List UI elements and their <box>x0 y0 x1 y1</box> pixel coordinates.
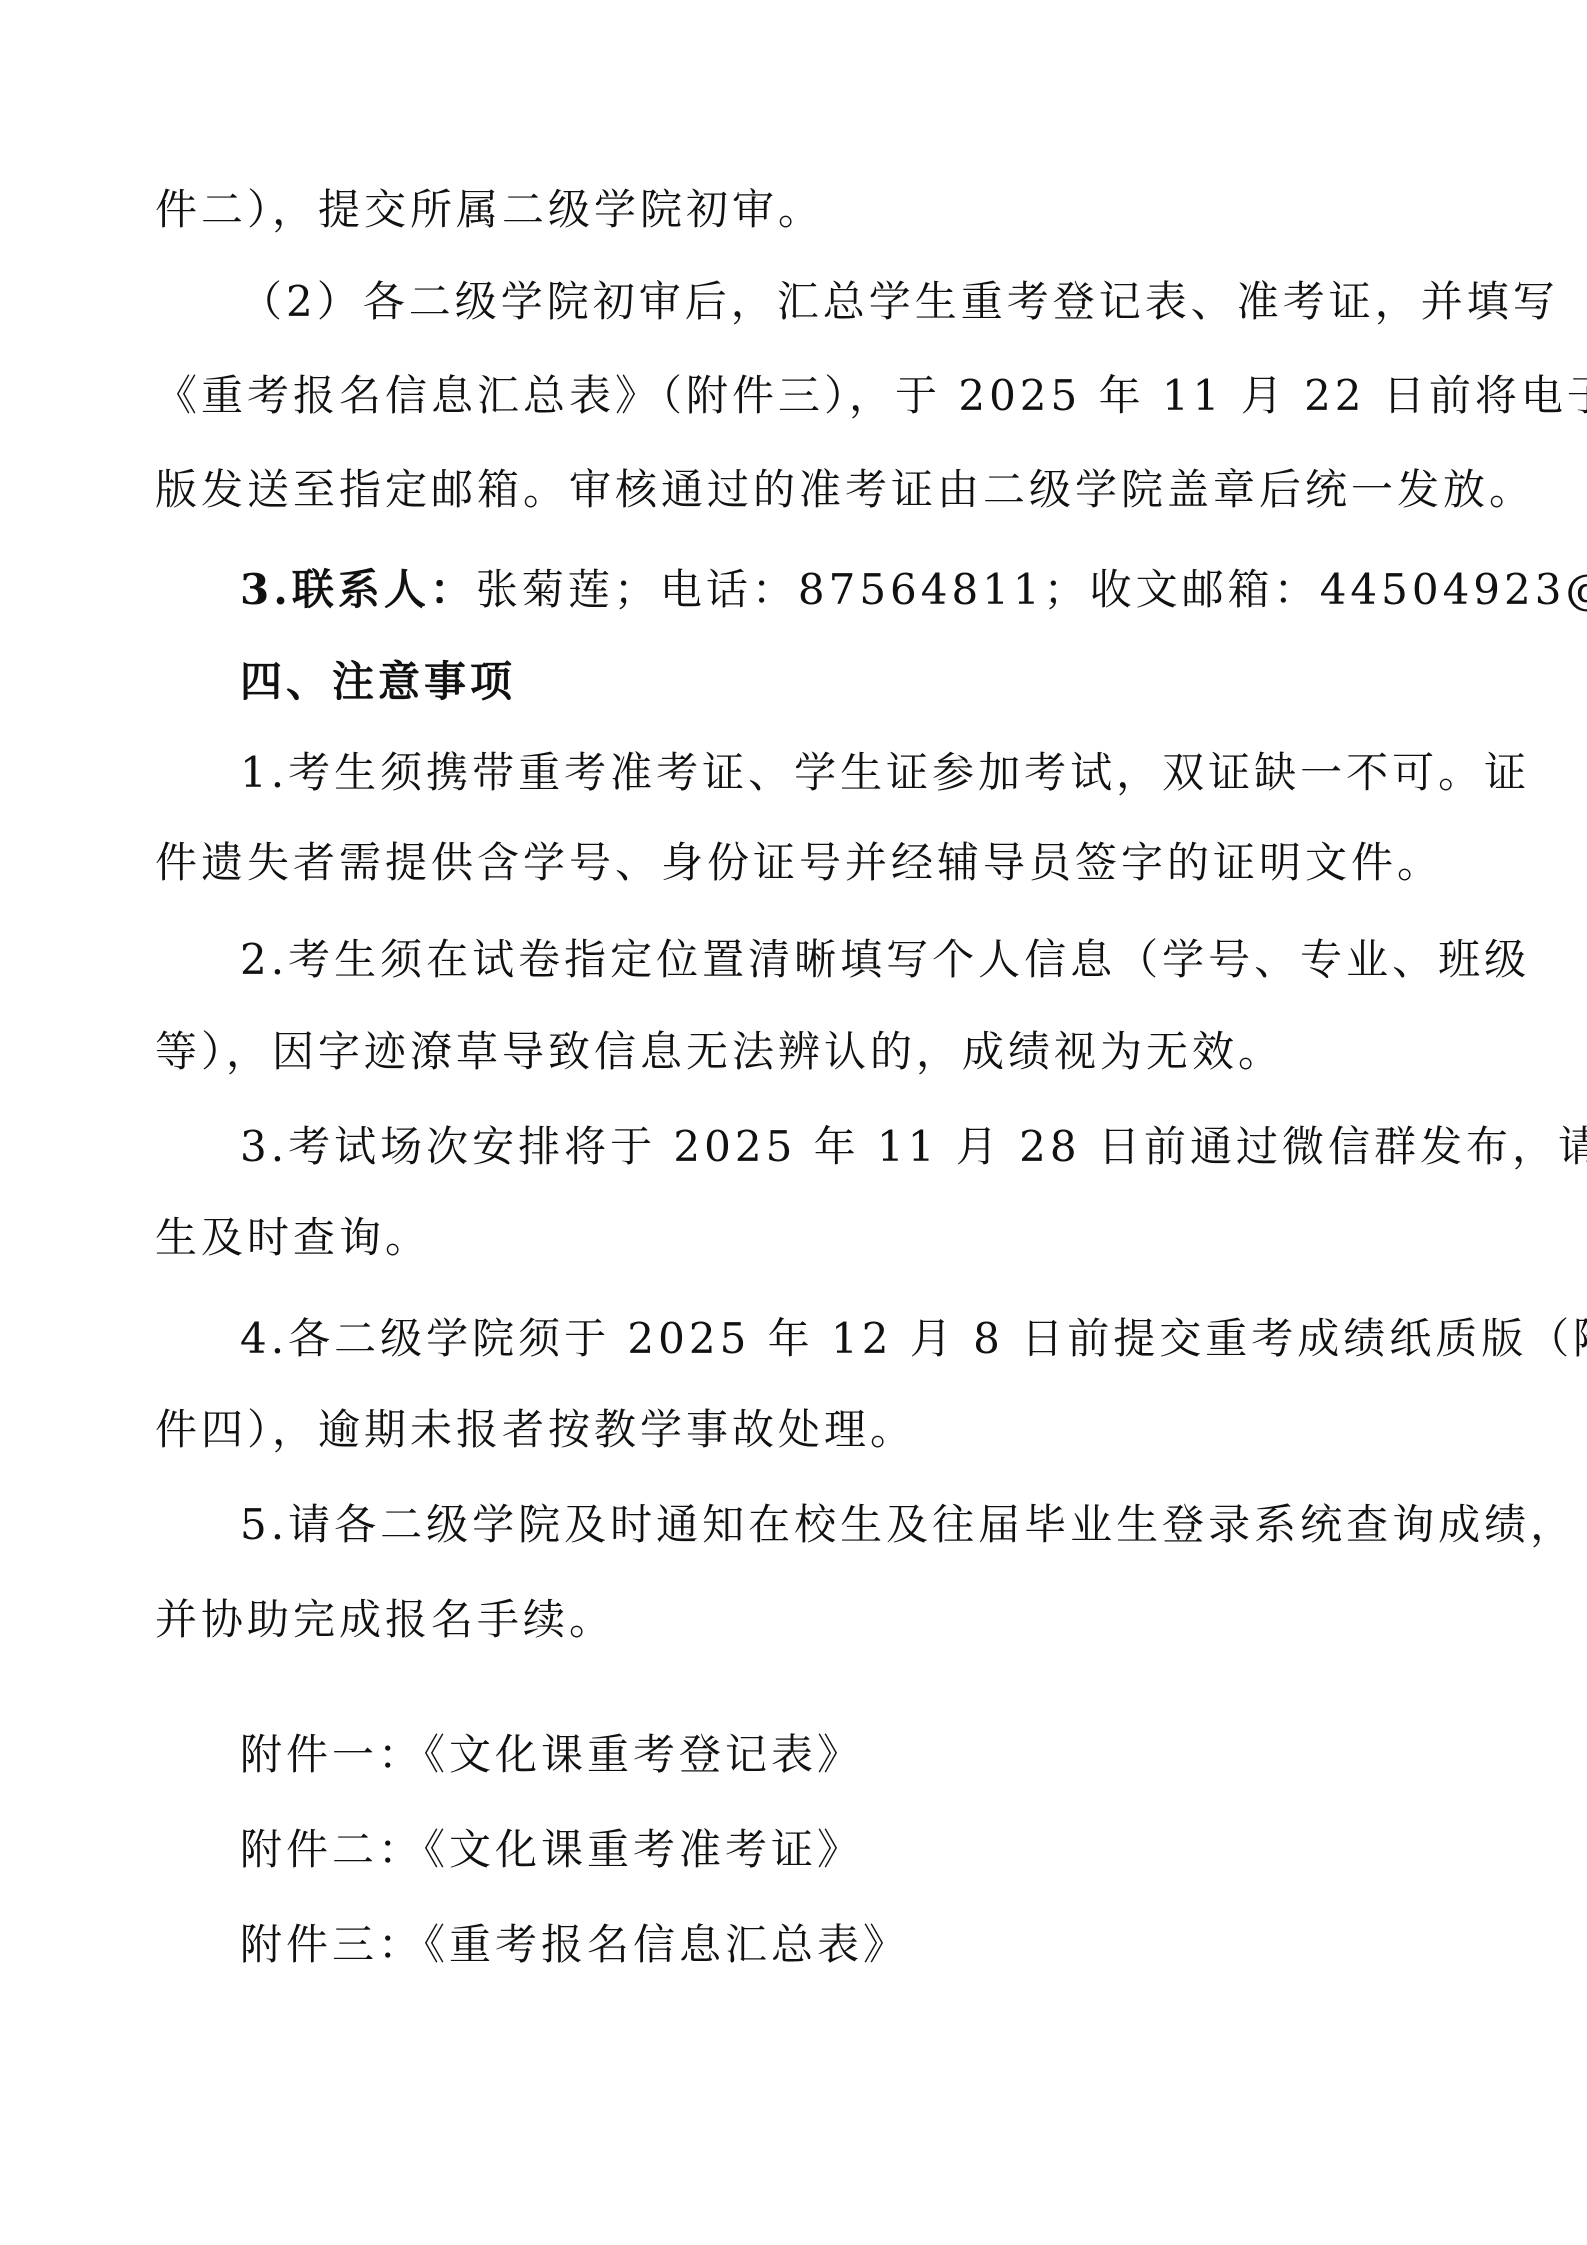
note-4-line-1: 4.各二级学院须于 2025 年 12 月 8 日前提交重考成绩纸质版（附 <box>240 1309 1530 1369</box>
note-1-line-1: 1.考生须携带重考准考证、学生证参加考试，双证缺一不可。证 <box>240 743 1530 803</box>
note-1-line-2: 件遗失者需提供含学号、身份证号并经辅导员签字的证明文件。 <box>155 833 1445 893</box>
contact-line: 3.联系人：张菊莲；电话：87564811；收文邮箱：44504923@qq.c… <box>240 560 1530 620</box>
note-5-line-1: 5.请各二级学院及时通知在校生及往届毕业生登录系统查询成绩， <box>240 1495 1530 1555</box>
note-2-line-2: 等），因字迹潦草导致信息无法辨认的，成绩视为无效。 <box>155 1022 1445 1082</box>
contact-name: 张菊莲 <box>476 565 614 614</box>
attachment-1: 附件一：《文化课重考登记表》 <box>240 1725 1530 1785</box>
note-4-line-2: 件四），逾期未报者按教学事故处理。 <box>155 1400 1445 1460</box>
email-label: ；收文邮箱： <box>1044 565 1320 614</box>
attachment-2: 附件二：《文化课重考准考证》 <box>240 1820 1530 1880</box>
document-page: 件二），提交所属二级学院初审。 （2）各二级学院初审后，汇总学生重考登记表、准考… <box>0 0 1587 2245</box>
phone-number: 87564811 <box>798 565 1044 614</box>
email-address: 44504923@qq.com。 <box>1320 565 1587 614</box>
paragraph-line: （2）各二级学院初审后，汇总学生重考登记表、准考证，并填写 <box>240 272 1530 332</box>
paragraph-line: 件二），提交所属二级学院初审。 <box>155 180 1445 240</box>
paragraph-line: 版发送至指定邮箱。审核通过的准考证由二级学院盖章后统一发放。 <box>155 460 1445 520</box>
attachment-3: 附件三：《重考报名信息汇总表》 <box>240 1915 1530 1975</box>
note-5-line-2: 并协助完成报名手续。 <box>155 1590 1445 1650</box>
note-3-line-1: 3.考试场次安排将于 2025 年 11 月 28 日前通过微信群发布，请考 <box>240 1117 1530 1177</box>
paragraph-line: 《重考报名信息汇总表》（附件三），于 2025 年 11 月 22 日前将电子 <box>155 366 1445 426</box>
contact-label: 3.联系人： <box>240 565 476 614</box>
note-2-line-1: 2.考生须在试卷指定位置清晰填写个人信息（学号、专业、班级 <box>240 930 1530 990</box>
section-heading: 四、注意事项 <box>240 652 1530 712</box>
phone-label: ；电话： <box>614 565 798 614</box>
note-3-line-2: 生及时查询。 <box>155 1208 1445 1268</box>
